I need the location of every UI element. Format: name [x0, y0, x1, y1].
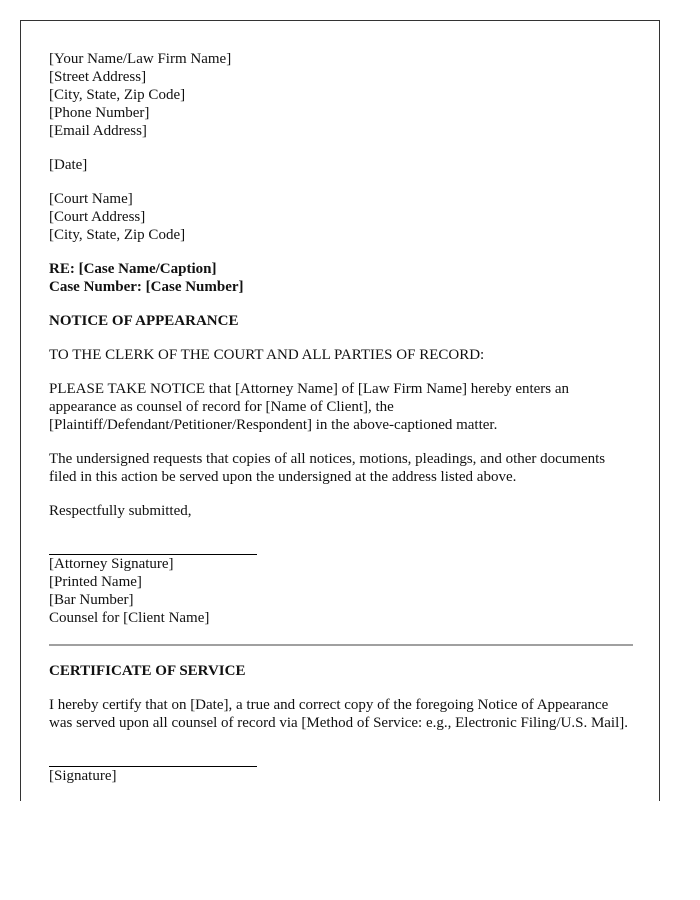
court-address: [Court Address] — [49, 208, 635, 226]
signature-block: [Attorney Signature] [Printed Name] [Bar… — [49, 555, 635, 627]
closing: Respectfully submitted, — [49, 502, 635, 520]
printed-name: [Printed Name] — [49, 573, 635, 591]
date-block: [Date] — [49, 156, 635, 174]
court-city-state-zip: [City, State, Zip Code] — [49, 226, 635, 244]
document-content: [Your Name/Law Firm Name] [Street Addres… — [49, 50, 635, 785]
notice-paragraph-1: PLEASE TAKE NOTICE that [Attorney Name] … — [49, 380, 635, 434]
counsel-for: Counsel for [Client Name] — [49, 609, 635, 627]
date: [Date] — [49, 156, 635, 174]
certificate-paragraph: I hereby certify that on [Date], a true … — [49, 696, 635, 732]
certificate-signature-label: [Signature] — [49, 767, 635, 785]
section-divider — [49, 644, 633, 646]
re-block: RE: [Case Name/Caption] Case Number: [Ca… — [49, 260, 635, 296]
sender-street: [Street Address] — [49, 68, 635, 86]
sender-email: [Email Address] — [49, 122, 635, 140]
case-caption: RE: [Case Name/Caption] — [49, 260, 635, 278]
certificate-title: CERTIFICATE OF SERVICE — [49, 662, 635, 680]
notice-title: NOTICE OF APPEARANCE — [49, 312, 635, 330]
court-address-block: [Court Name] [Court Address] [City, Stat… — [49, 190, 635, 244]
case-number: Case Number: [Case Number] — [49, 278, 635, 296]
bar-number: [Bar Number] — [49, 591, 635, 609]
document-page: [Your Name/Law Firm Name] [Street Addres… — [20, 20, 660, 801]
sender-address-block: [Your Name/Law Firm Name] [Street Addres… — [49, 50, 635, 140]
sender-name: [Your Name/Law Firm Name] — [49, 50, 635, 68]
notice-paragraph-2: The undersigned requests that copies of … — [49, 450, 635, 486]
salutation: TO THE CLERK OF THE COURT AND ALL PARTIE… — [49, 346, 635, 364]
sender-phone: [Phone Number] — [49, 104, 635, 122]
court-name: [Court Name] — [49, 190, 635, 208]
sender-city-state-zip: [City, State, Zip Code] — [49, 86, 635, 104]
attorney-signature-label: [Attorney Signature] — [49, 555, 635, 573]
